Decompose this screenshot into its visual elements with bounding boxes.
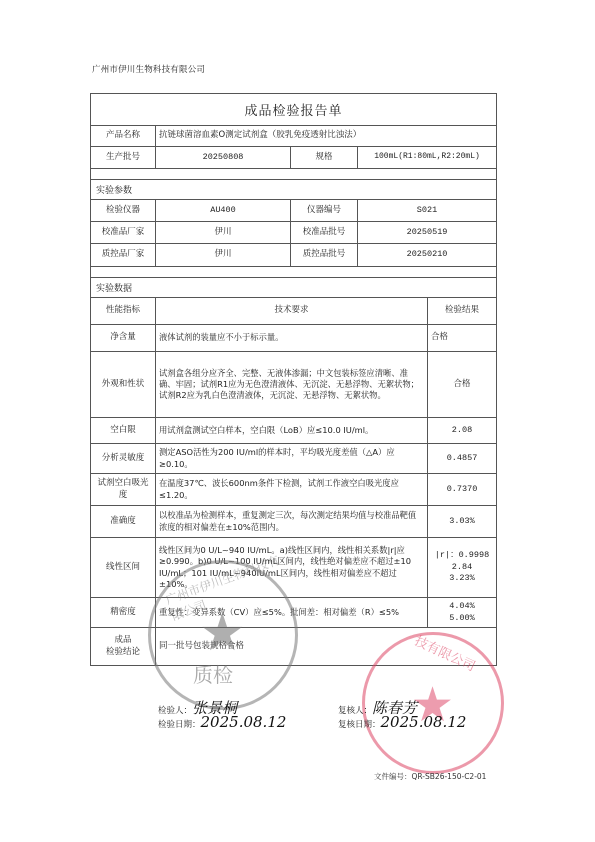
conclusion-row: 成品 检验结论 同一批号包装规格合格: [91, 628, 496, 666]
result-line: 2.84: [452, 562, 472, 573]
param-label: 仪器编号: [291, 200, 358, 221]
conclusion-label: 成品 检验结论: [91, 628, 156, 665]
spec-label: 规格: [291, 147, 358, 168]
doc-no-value: QR-SB26-150-C2-01: [412, 772, 487, 781]
conclusion-label-line: 检验结论: [106, 647, 140, 658]
data-header-row: 性能指标 技术要求 检验结果: [91, 298, 496, 325]
data-section-title: 实验数据: [91, 278, 496, 298]
col-header-result: 检验结果: [428, 298, 496, 324]
data-row: 空白限 用试剂盒测试空白样本，空白限（LoB）应≤10.0 IU/ml。 2.0…: [91, 418, 496, 444]
params-section-title: 实验参数: [91, 180, 496, 200]
spec-value: 100mL(R1:80mL,R2:20mL): [358, 147, 496, 168]
review-date-field: 复核日期：2025.08.12: [338, 713, 466, 731]
document-number: 文件编号：QR-SB26-150-C2-01: [374, 771, 486, 782]
col-header-requirement: 技术要求: [156, 298, 428, 324]
requirement: 试剂盒各组分应齐全、完整、无液体渗漏；中文包装标签应清晰、准确、牢固；试剂R1应…: [156, 352, 428, 417]
indicator: 外观和性状: [91, 352, 156, 417]
result: 0.7370: [428, 474, 496, 505]
requirement: 测定ASO活性为200 IU/ml的样本时，平均吸光度差值（△A）应 ≥0.10…: [156, 444, 428, 473]
data-row: 精密度 重复性：变异系数（CV）应≤5%。批间差：相对偏差（R）≤5% 4.04…: [91, 598, 496, 628]
indicator: 空白限: [91, 418, 156, 443]
indicator: 精密度: [91, 598, 156, 627]
result: 0.4857: [428, 444, 496, 473]
requirement: 线性区间为0 U/L~940 IU/mL。a)线性区间内，线性相关系数|r|应≥…: [156, 538, 428, 597]
params-row: 校准品厂家 伊川 校准品批号 20250519: [91, 222, 496, 244]
result: 3.03%: [428, 506, 496, 537]
data-row: 分析灵敏度 测定ASO活性为200 IU/ml的样本时，平均吸光度差值（△A）应…: [91, 444, 496, 474]
requirement: 在温度37℃、波长600nm条件下检测，试剂工作液空白吸光度应 ≤1.20。: [156, 474, 428, 505]
result: |r|：0.9998 2.84 3.23%: [428, 538, 496, 597]
requirement: 用试剂盒测试空白样本，空白限（LoB）应≤10.0 IU/ml。: [156, 418, 428, 443]
requirement: 重复性：变异系数（CV）应≤5%。批间差：相对偏差（R）≤5%: [156, 598, 428, 627]
requirement: 液体试剂的装量应不小于标示量。: [156, 325, 428, 351]
indicator: 线性区间: [91, 538, 156, 597]
doc-no-label: 文件编号：: [374, 772, 412, 781]
result: 4.04% 5.00%: [428, 598, 496, 627]
result-line: 4.04%: [449, 601, 475, 612]
result-line: 3.23%: [449, 573, 475, 584]
param-value: AU400: [156, 200, 291, 221]
requirement: 以校准品为检测样本，重复测定三次，每次测定结果均值与校准品靶值浓度的相对偏差在±…: [156, 506, 428, 537]
batch-row: 生产批号 20250808 规格 100mL(R1:80mL,R2:20mL): [91, 147, 496, 169]
review-date-value: 2025.08.12: [381, 713, 467, 731]
report-title: 成品检验报告单: [91, 94, 496, 126]
indicator: 分析灵敏度: [91, 444, 156, 473]
data-row: 试剂空白吸光度 在温度37℃、波长600nm条件下检测，试剂工作液空白吸光度应 …: [91, 474, 496, 506]
conclusion-label-line: 成品: [114, 635, 131, 646]
batch-value: 20250808: [156, 147, 291, 168]
param-label: 校准品厂家: [91, 222, 156, 243]
data-row: 线性区间 线性区间为0 U/L~940 IU/mL。a)线性区间内，线性相关系数…: [91, 538, 496, 598]
data-row: 净含量 液体试剂的装量应不小于标示量。 合格: [91, 325, 496, 352]
param-label: 检验仪器: [91, 200, 156, 221]
param-label: 质控品批号: [291, 244, 358, 266]
col-header-indicator: 性能指标: [91, 298, 156, 324]
review-date-label: 复核日期：: [338, 720, 381, 730]
product-name-value: 抗链球菌溶血素O测定试剂盒（胶乳免疫透射比浊法）: [156, 126, 496, 146]
data-row: 外观和性状 试剂盒各组分应齐全、完整、无液体渗漏；中文包装标签应清晰、准确、牢固…: [91, 352, 496, 418]
param-value: S021: [358, 200, 496, 221]
param-value: 伊川: [156, 244, 291, 266]
inspect-date-field: 检验日期：2025.08.12: [158, 713, 286, 731]
product-name-label: 产品名称: [91, 126, 156, 146]
indicator: 试剂空白吸光度: [91, 474, 156, 505]
batch-label: 生产批号: [91, 147, 156, 168]
data-row: 准确度 以校准品为检测样本，重复测定三次，每次测定结果均值与校准品靶值浓度的相对…: [91, 506, 496, 538]
inspect-date-value: 2025.08.12: [201, 713, 287, 731]
report-table: 成品检验报告单 产品名称 抗链球菌溶血素O测定试剂盒（胶乳免疫透射比浊法） 生产…: [90, 93, 497, 666]
indicator: 准确度: [91, 506, 156, 537]
params-row: 质控品厂家 伊川 质控品批号 20250210: [91, 244, 496, 267]
result: 2.08: [428, 418, 496, 443]
param-label: 校准品批号: [291, 222, 358, 243]
product-name-row: 产品名称 抗链球菌溶血素O测定试剂盒（胶乳免疫透射比浊法）: [91, 126, 496, 147]
param-value: 20250519: [358, 222, 496, 243]
indicator: 净含量: [91, 325, 156, 351]
result-line: |r|：0.9998: [435, 550, 489, 561]
param-label: 质控品厂家: [91, 244, 156, 266]
result: 合格: [428, 352, 496, 417]
conclusion-value: 同一批号包装规格合格: [156, 628, 496, 665]
result-line: 5.00%: [449, 613, 475, 624]
result: 合格: [428, 325, 496, 351]
inspect-date-label: 检验日期：: [158, 720, 201, 730]
params-row: 检验仪器 AU400 仪器编号 S021: [91, 200, 496, 222]
company-name: 广州市伊川生物科技有限公司: [92, 63, 205, 75]
divider: [91, 169, 496, 180]
param-value: 伊川: [156, 222, 291, 243]
divider: [91, 267, 496, 278]
param-value: 20250210: [358, 244, 496, 266]
